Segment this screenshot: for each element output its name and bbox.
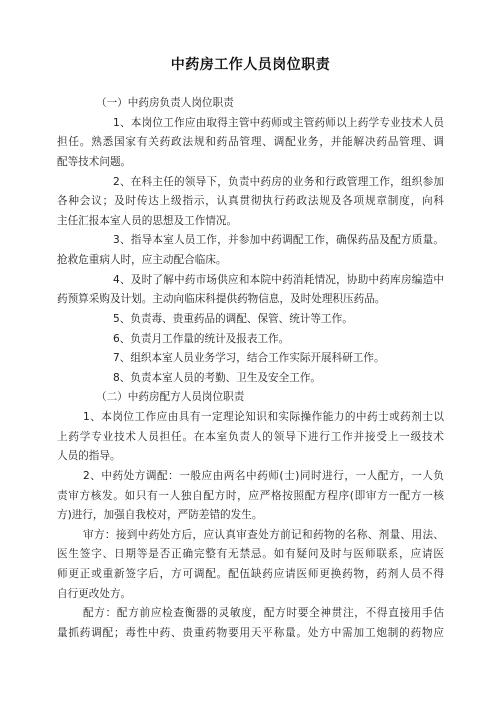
text-line: 担任。熟悉国家有关药政法规和药品管理、调配业务，并能解决药品管理、调 [57, 133, 444, 153]
text-line: 方)进行，加强自我校对，严防差错的发生。 [57, 506, 444, 526]
text-line: 配方：配方前应检查衡器的灵敏度，配方时要全神贯注，不得直接用手估 [57, 604, 444, 624]
text-line: 各种会议；及时传达上级指示，认真贯彻执行药政法规及各项规章制度，向科 [57, 192, 444, 212]
text-line: 7、组织本室人员业务学习，结合工作实际开展科研工作。 [57, 349, 444, 369]
text-line: 配等技术问题。 [57, 153, 444, 173]
text-line: 1、本岗位工作应由具有一定理论知识和实际操作能力的中药士或药剂士以 [57, 408, 444, 428]
text-line: 药预算采购及计划。主动向临床科提供药物信息，及时处理积压药品。 [57, 290, 444, 310]
text-line: 5、负责毒、贵重药品的调配、保管、统计等工作。 [57, 310, 444, 330]
text-line: （一）中药房负责人岗位职责 [57, 94, 444, 114]
text-line: 自行更改处方。 [57, 585, 444, 605]
text-line: （二）中药房配方人员岗位职责 [57, 388, 444, 408]
text-line: 1、本岗位工作应由取得主管中药师或主管药师以上药学专业技术人员 [57, 114, 444, 134]
text-line: 8、负责本室人员的考勤、卫生及安全工作。 [57, 369, 444, 389]
text-line: 抢救危重病人时，应主动配合临床。 [57, 251, 444, 271]
text-line: 师更正或重新签字后，方可调配。配伍缺药应请医师更换药物，药剂人员不得 [57, 565, 444, 585]
text-line: 2、在科主任的领导下，负责中药房的业务和行政管理工作，组织参加 [57, 173, 444, 193]
document-body: （一）中药房负责人岗位职责 1、本岗位工作应由取得主管中药师或主管药师以上药学专… [57, 94, 444, 644]
text-line: 3、指导本室人员工作，并参加中药调配工作，确保药品及配方质量。 [57, 231, 444, 251]
text-line: 上药学专业技术人员担任。在本室负责人的领导下进行工作并接受上一级技术 [57, 428, 444, 448]
text-line: 医生签字、日期等是否正确完整有无禁忌。如有疑问及时与医师联系，应请医 [57, 545, 444, 565]
text-line: 量抓药调配；毒性中药、贵重药物要用天平称量。处方中需加工炮制的药物应 [57, 624, 444, 644]
text-line: 人员的指导。 [57, 447, 444, 467]
document-page: 中药房工作人员岗位职责 （一）中药房负责人岗位职责 1、本岗位工作应由取得主管中… [0, 0, 500, 707]
document-title: 中药房工作人员岗位职责 [57, 56, 444, 74]
text-line: 2、中药处方调配：一般应由两名中药师(士)同时进行，一人配方，一人负 [57, 467, 444, 487]
text-line: 6、负责月工作量的统计及报表工作。 [57, 330, 444, 350]
text-line: 主任汇报本室人员的思想及工作情况。 [57, 212, 444, 232]
text-line: 4、及时了解中药市场供应和本院中药消耗情况，协助中药库房编造中 [57, 271, 444, 291]
text-line: 责审方核发。如只有一人独自配方时，应严格按照配方程序(即审方一配方一核 [57, 487, 444, 507]
text-line: 审方：接到中药处方后，应认真审查处方前记和药物的名称、剂量、用法、 [57, 526, 444, 546]
